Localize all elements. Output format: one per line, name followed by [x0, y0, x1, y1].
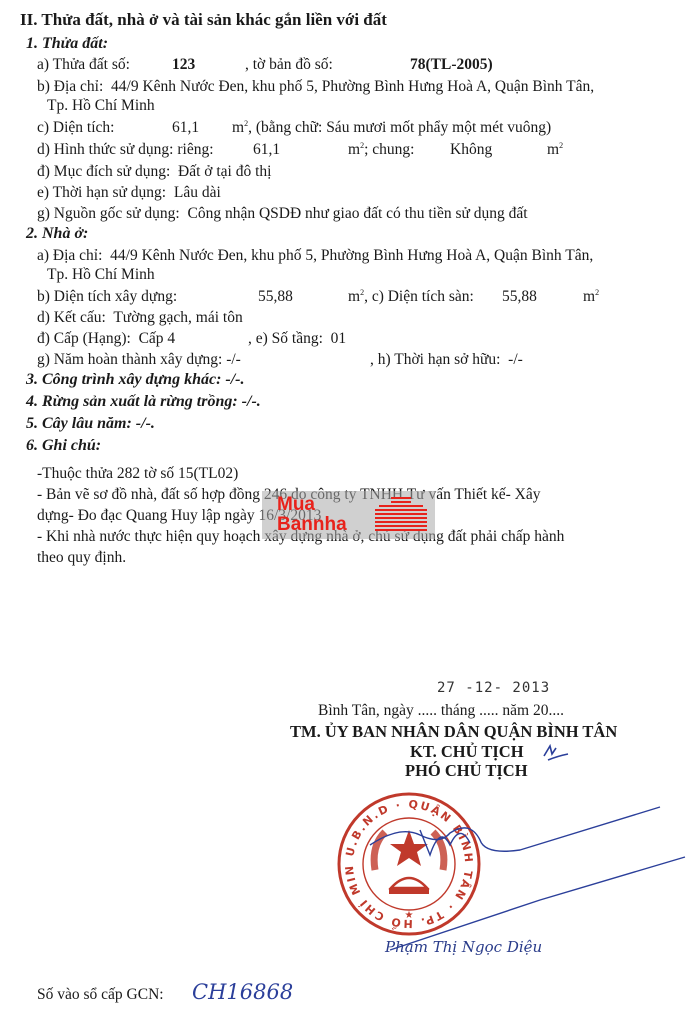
house-structure-value: Tường gạch, mái tôn	[113, 309, 242, 326]
notes-heading: 6. Ghi chú:	[26, 437, 101, 455]
house-address-value: 44/9 Kênh Nước Đen, khu phố 5, Phường Bì…	[110, 247, 593, 264]
unit-m2: m	[547, 141, 559, 158]
perennial-trees: 5. Cây lâu năm: -/-.	[26, 415, 155, 433]
house-build-area-label: b) Diện tích xây dựng:	[37, 287, 177, 307]
house-grade-value: Cấp 4	[139, 330, 176, 347]
building-bars-icon	[375, 497, 429, 535]
house-floors-label: , e) Số tầng:	[248, 330, 323, 347]
unit-m2: m	[348, 288, 360, 305]
land-area-words-text: , (bằng chữ: Sáu mươi mốt phẩy một mét v…	[248, 119, 551, 136]
house-floor-area-unit: m2	[583, 287, 599, 307]
land-address-line2: Tp. Hồ Chí Minh	[47, 96, 155, 116]
land-private-value: 61,1	[253, 140, 280, 160]
land-shared: m2; chung:	[348, 140, 414, 160]
land-origin-label: g) Nguồn gốc sử dụng:	[37, 205, 180, 222]
land-heading: 1. Thửa đất:	[26, 35, 108, 53]
house-floor-area-label-text: , c) Diện tích sàn:	[364, 288, 474, 305]
house-ownership-term: , h) Thời hạn sở hữu: -/-	[370, 350, 523, 370]
land-origin-value: Công nhận QSDĐ như giao đất có thu tiền …	[187, 205, 527, 222]
land-address-label: b) Địa chỉ:	[37, 78, 103, 95]
other-structures: 3. Công trình xây dựng khác: -/-.	[26, 371, 245, 389]
land-map-value: 78(TL-2005)	[410, 55, 493, 75]
house-year-built-value: -/-	[226, 351, 241, 368]
land-address: b) Địa chỉ: 44/9 Kênh Nước Đen, khu phố …	[37, 77, 594, 97]
land-purpose-value: Đất ở tại đô thị	[178, 163, 271, 180]
house-year-built-label: g) Năm hoàn thành xây dựng:	[37, 351, 222, 368]
land-shared-unit: m2	[547, 140, 563, 160]
house-floor-area-value: 55,88	[502, 287, 537, 307]
house-floor-area-label: m2, c) Diện tích sàn:	[348, 287, 474, 307]
note-line-1: -Thuộc thửa 282 tờ số 15(TL02)	[37, 464, 238, 484]
land-area-value: 61,1	[172, 118, 199, 138]
unit-m2: m	[232, 119, 244, 136]
unit-m2: m	[348, 141, 360, 158]
land-map-label: , tờ bản đồ số:	[245, 55, 333, 75]
registry-value: CH16868	[192, 980, 293, 1004]
house-grade-label: đ) Cấp (Hạng):	[37, 330, 131, 347]
watermark-text-2: Bannha	[277, 517, 347, 533]
land-term-label: e) Thời hạn sử dụng:	[37, 184, 166, 201]
house-ownership-term-label: , h) Thời hạn sở hữu:	[370, 351, 500, 368]
section-title: II. Thửa đất, nhà ở và tài sản khác gắn …	[20, 10, 387, 30]
land-area-label: c) Diện tích:	[37, 118, 114, 138]
house-ownership-term-value: -/-	[508, 351, 523, 368]
land-term-value: Lâu dài	[174, 184, 221, 201]
registry-label: Số vào sổ cấp GCN:	[37, 985, 164, 1005]
issuing-organization: TM. ỦY BAN NHÂN DÂN QUẬN BÌNH TÂN	[290, 722, 617, 742]
land-address-value: 44/9 Kênh Nước Đen, khu phố 5, Phường Bì…	[111, 78, 594, 95]
land-parcel-value: 123	[172, 55, 195, 75]
watermark-text-1: Mua	[277, 497, 315, 513]
land-parcel-row: a) Thửa đất số:	[37, 55, 130, 75]
house-floors: , e) Số tầng: 01	[248, 329, 346, 349]
land-shared-value: Không	[450, 140, 492, 160]
house-address: a) Địa chỉ: 44/9 Kênh Nước Đen, khu phố …	[37, 246, 593, 266]
watermark-logo: Mua Bannha	[262, 491, 435, 539]
house-year-built: g) Năm hoàn thành xây dựng: -/-	[37, 350, 241, 370]
land-origin: g) Nguồn gốc sử dụng: Công nhận QSDĐ như…	[37, 204, 528, 224]
land-usage-form-label: d) Hình thức sử dụng: riêng:	[37, 140, 214, 160]
land-purpose: đ) Mục đích sử dụng: Đất ở tại đô thị	[37, 162, 271, 182]
handwritten-date: 27 -12- 2013	[437, 680, 550, 696]
house-structure-label: d) Kết cấu:	[37, 309, 106, 326]
house-structure: d) Kết cấu: Tường gạch, mái tôn	[37, 308, 243, 328]
house-grade: đ) Cấp (Hạng): Cấp 4	[37, 329, 175, 349]
unit-m2: m	[583, 288, 595, 305]
signer-name: Phạm Thị Ngọc Diệu	[385, 938, 542, 956]
initial-mark-icon	[540, 742, 570, 764]
signer-role-2: PHÓ CHỦ TỊCH	[405, 761, 528, 781]
place-date: Bình Tân, ngày ..... tháng ..... năm 20.…	[318, 701, 564, 721]
production-forest: 4. Rừng sản xuất là rừng trồng: -/-.	[26, 393, 261, 411]
house-floors-value: 01	[331, 330, 347, 347]
house-build-area-value: 55,88	[258, 287, 293, 307]
land-shared-label: ; chung:	[364, 141, 414, 158]
house-address-line2: Tp. Hồ Chí Minh	[47, 265, 155, 285]
land-purpose-label: đ) Mục đích sử dụng:	[37, 163, 170, 180]
house-heading: 2. Nhà ở:	[26, 225, 88, 243]
land-area-words: m2, (bằng chữ: Sáu mươi mốt phẩy một mét…	[232, 118, 551, 138]
land-term: e) Thời hạn sử dụng: Lâu dài	[37, 183, 221, 203]
land-parcel-label: a) Thửa đất số:	[37, 56, 130, 73]
house-address-label: a) Địa chỉ:	[37, 247, 102, 264]
signer-role-1: KT. CHỦ TỊCH	[410, 742, 524, 762]
note-line-5: theo quy định.	[37, 548, 126, 568]
